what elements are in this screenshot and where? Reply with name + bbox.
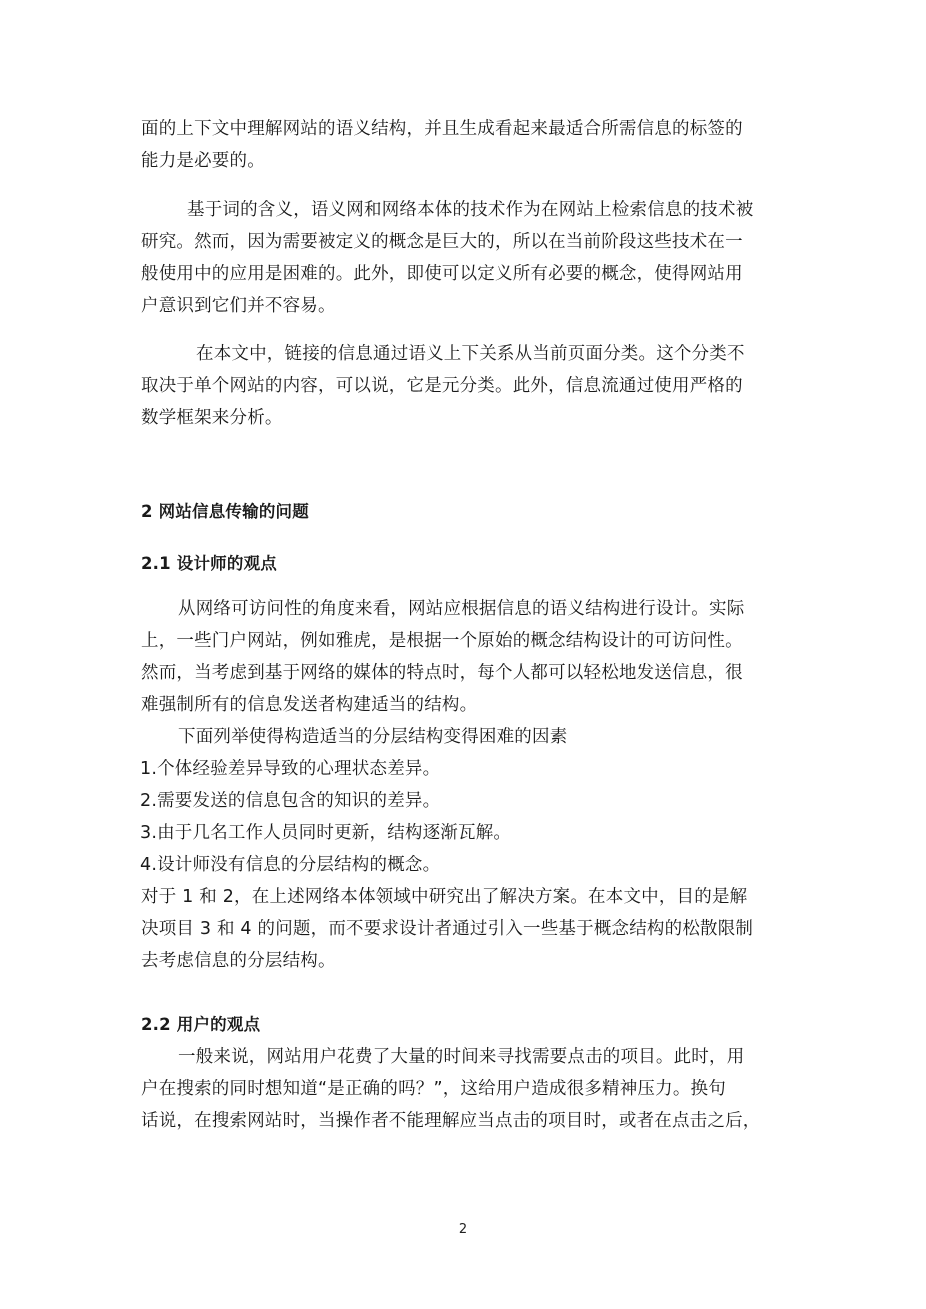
body-text-line: 研究。然而，因为需要被定义的概念是巨大的，所以在当前阶段这些技术在一	[141, 230, 743, 254]
body-text-line: 基于词的含义，语义网和网络本体的技术作为在网站上检索信息的技术被	[187, 198, 753, 222]
list-item: 2.需要发送的信息包含的知识的差异。	[140, 789, 440, 813]
body-text-line: 一般来说，网站用户花费了大量的时间来寻找需要点击的项目。此时，用	[178, 1045, 744, 1069]
subsection-heading: 2.2 用户的观点	[141, 1013, 260, 1037]
body-text-line: 取决于单个网站的内容，可以说，它是元分类。此外，信息流通过使用严格的	[141, 374, 743, 398]
page-number: 2	[0, 1222, 926, 1237]
body-text-line: 去考虑信息的分层结构。	[141, 949, 336, 973]
list-item: 4.设计师没有信息的分层结构的概念。	[140, 853, 440, 877]
document-page: 面的上下文中理解网站的语义结构，并且生成看起来最适合所需信息的标签的 能力是必要…	[0, 0, 926, 1309]
list-item: 1.个体经验差异导致的心理状态差异。	[140, 757, 440, 781]
body-text-line: 然而，当考虑到基于网络的媒体的特点时，每个人都可以轻松地发送信息，很	[141, 661, 743, 685]
body-text-line: 能力是必要的。	[141, 149, 265, 173]
body-text-line: 在本文中，链接的信息通过语义上下关系从当前页面分类。这个分类不	[196, 342, 745, 366]
body-text-line: 决项目 3 和 4 的问题，而不要求设计者通过引入一些基于概念结构的松散限制	[141, 917, 753, 941]
body-text-line: 户在搜索的同时想知道“是正确的吗？”，这给用户造成很多精神压力。换句	[141, 1077, 726, 1101]
body-text-line: 户意识到它们并不容易。	[141, 294, 336, 318]
body-text-line: 对于 1 和 2，在上述网络本体领域中研究出了解决方案。在本文中，目的是解	[141, 885, 747, 909]
body-text-line: 面的上下文中理解网站的语义结构，并且生成看起来最适合所需信息的标签的	[141, 117, 743, 141]
body-text-line: 话说，在搜索网站时，当操作者不能理解应当点击的项目时，或者在点击之后，	[141, 1109, 761, 1133]
body-text-line: 难强制所有的信息发送者构建适当的结构。	[141, 693, 477, 717]
list-item: 3.由于几名工作人员同时更新，结构逐渐瓦解。	[140, 821, 511, 845]
body-text-line: 上，一些门户网站，例如雅虎，是根据一个原始的概念结构设计的可访问性。	[141, 629, 743, 653]
body-text-line: 从网络可访问性的角度来看，网站应根据信息的语义结构进行设计。实际	[178, 597, 744, 621]
body-text-line: 般使用中的应用是困难的。此外，即使可以定义所有必要的概念，使得网站用	[141, 262, 743, 286]
list-intro: 下面列举使得构造适当的分层结构变得困难的因素	[178, 725, 567, 749]
body-text-line: 数学框架来分析。	[141, 406, 283, 430]
section-heading: 2 网站信息传输的问题	[141, 500, 309, 524]
subsection-heading: 2.1 设计师的观点	[141, 552, 277, 576]
